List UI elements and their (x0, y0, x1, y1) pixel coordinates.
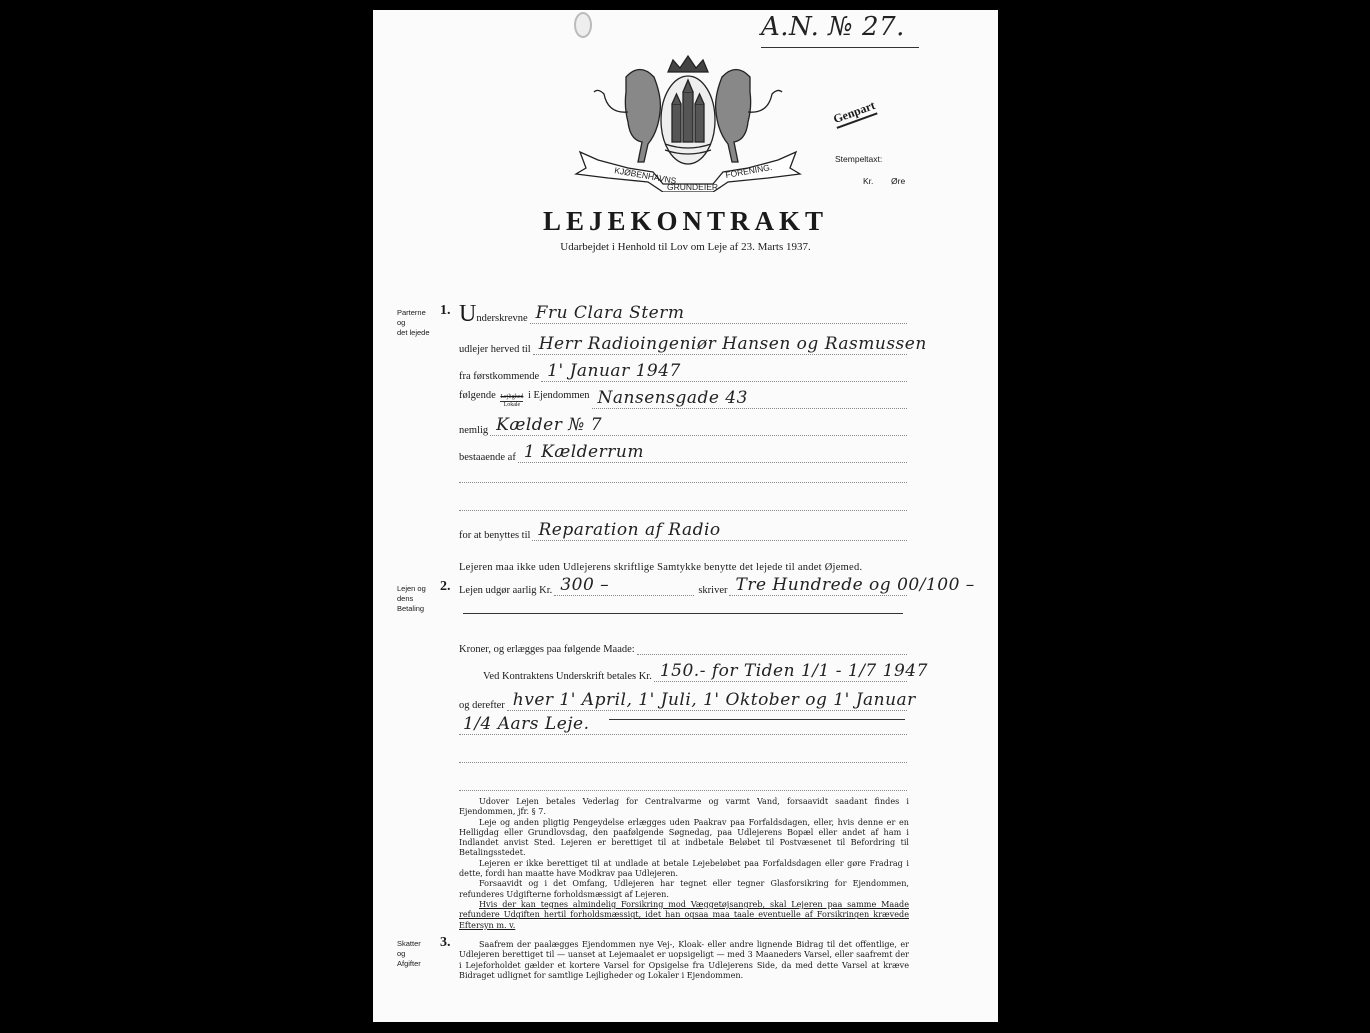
field-rent-value[interactable]: 300 – (554, 581, 694, 596)
section1-side-label: Parterne og det lejede (397, 308, 430, 338)
field-rent-written-value[interactable]: Tre Hundrede og 00/100 – (729, 581, 907, 596)
kr-label: Kr. (863, 176, 873, 186)
thereafter-strike-line (609, 719, 905, 720)
crest-banner-middle: GRUNDEIER- (667, 182, 721, 192)
section2-number: 2. (440, 579, 451, 595)
field-namely: nemlig Kælder № 7 (459, 421, 907, 436)
field-property-value[interactable]: Nansensgade 43 (592, 394, 907, 409)
field-lessor-value[interactable]: Fru Clara Sterm (530, 309, 907, 324)
blank-line[interactable] (459, 482, 907, 483)
field-lessee: udlejer herved til Herr Radioingeniør Ha… (459, 340, 907, 355)
ore-label: Øre (891, 176, 905, 186)
document-title: LEJEKONTRAKT (373, 206, 998, 237)
section1-number: 1. (440, 303, 451, 319)
field-usage: for at benyttes til Reparation af Radio (459, 526, 907, 541)
section3-number: 3. (440, 935, 451, 951)
field-start-date: fra førstkommende 1' Januar 1947 (459, 367, 907, 382)
field-usage-value[interactable]: Reparation af Radio (532, 526, 907, 541)
dwelling-type-fraction: LejlighedLokale (500, 394, 523, 409)
section3-terms: Saafrem der paalægges Ejendommen nye Vej… (459, 939, 909, 980)
field-signing-payment-value[interactable]: 150.- for Tiden 1/1 - 1/7 1947 (654, 667, 907, 682)
field-start-date-value[interactable]: 1' Januar 1947 (541, 367, 907, 382)
field-thereafter-value[interactable]: hver 1' April, 1' Juli, 1' Oktober og 1'… (507, 696, 907, 711)
field-consisting-of: bestaaende af 1 Kælderrum (459, 448, 907, 463)
field-lessor-label: Underskrevne (459, 304, 528, 324)
document-subtitle: Udarbejdet i Henhold til Lov om Leje af … (373, 241, 998, 253)
field-thereafter: og derefter hver 1' April, 1' Juli, 1' O… (459, 696, 907, 711)
field-namely-value[interactable]: Kælder № 7 (490, 421, 907, 436)
archive-number: A.N. № 27. (761, 12, 905, 42)
section2-terms: Udover Lejen betales Vederlag for Centra… (459, 796, 909, 930)
field-consisting-of-value[interactable]: 1 Kælderrum (518, 448, 907, 463)
field-lessor: Underskrevne Fru Clara Sterm (459, 304, 907, 324)
field-lessee-value[interactable]: Herr Radioingeniør Hansen og Rasmussen (533, 340, 907, 355)
stamp-tax-label: Stempeltaxt: (835, 154, 882, 164)
section3-side-label: Skatter og Afgifter (397, 939, 421, 969)
contract-page: A.N. № 27. KJØBENHAVNS GRUNDEIER- FORENI… (373, 10, 998, 1022)
field-thereafter-line2[interactable]: 1/4 Aars Leje. (459, 734, 907, 735)
field-signing-payment: Ved Kontraktens Underskrift betales Kr. … (483, 667, 907, 682)
copenhagen-crest-icon: KJØBENHAVNS GRUNDEIER- FORENING. (568, 52, 808, 192)
usage-notice: Lejeren maa ikke uden Udlejerens skriftl… (459, 562, 907, 573)
section2-side-label: Lejen og dens Betaling (397, 584, 426, 614)
rent-strike-line (463, 613, 903, 614)
blank-line[interactable] (459, 762, 907, 763)
field-payment-method: Kroner, og erlægges paa følgende Maade: (459, 640, 907, 655)
blank-line[interactable] (459, 790, 907, 791)
field-property: følgende LejlighedLokale i Ejendommen Na… (459, 390, 907, 409)
copy-stamp: Genpart (831, 98, 878, 129)
punch-hole (574, 12, 592, 38)
field-payment-method-value[interactable] (637, 640, 907, 655)
field-rent: Lejen udgør aarlig Kr. 300 – skriver Tre… (459, 581, 907, 596)
archive-number-underline (761, 47, 919, 48)
blank-line[interactable] (459, 510, 907, 511)
